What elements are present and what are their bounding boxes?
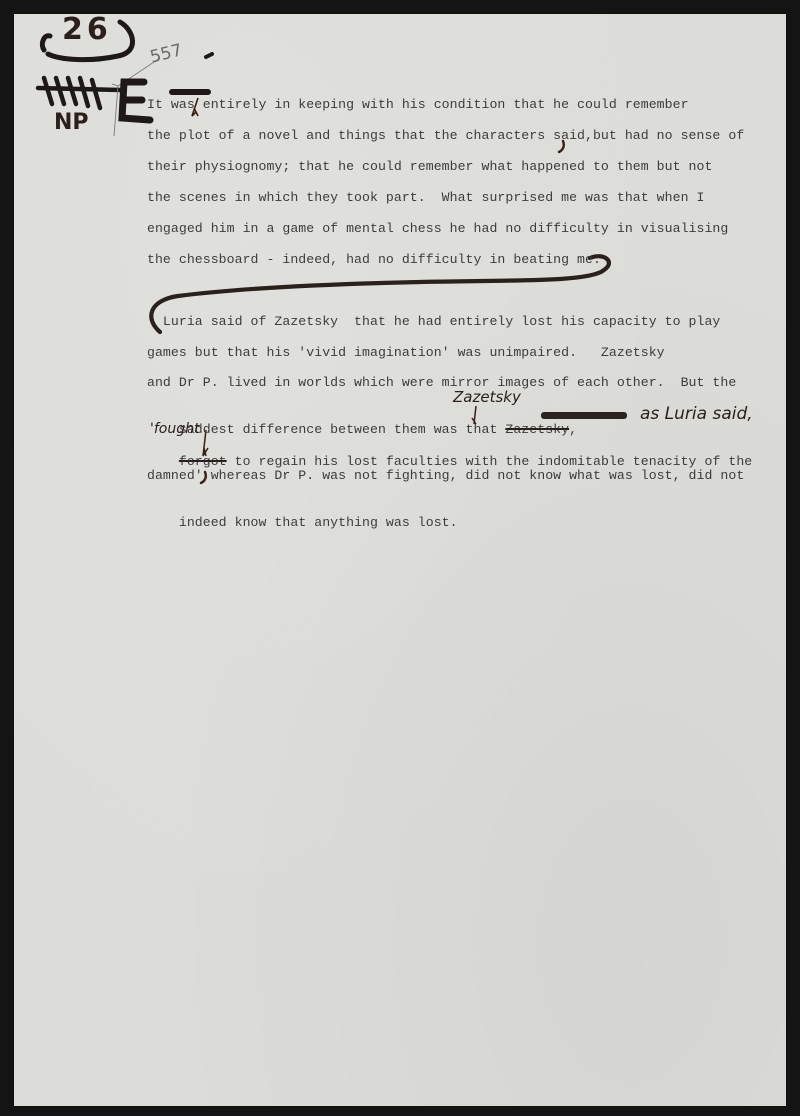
document-page	[14, 14, 786, 1106]
